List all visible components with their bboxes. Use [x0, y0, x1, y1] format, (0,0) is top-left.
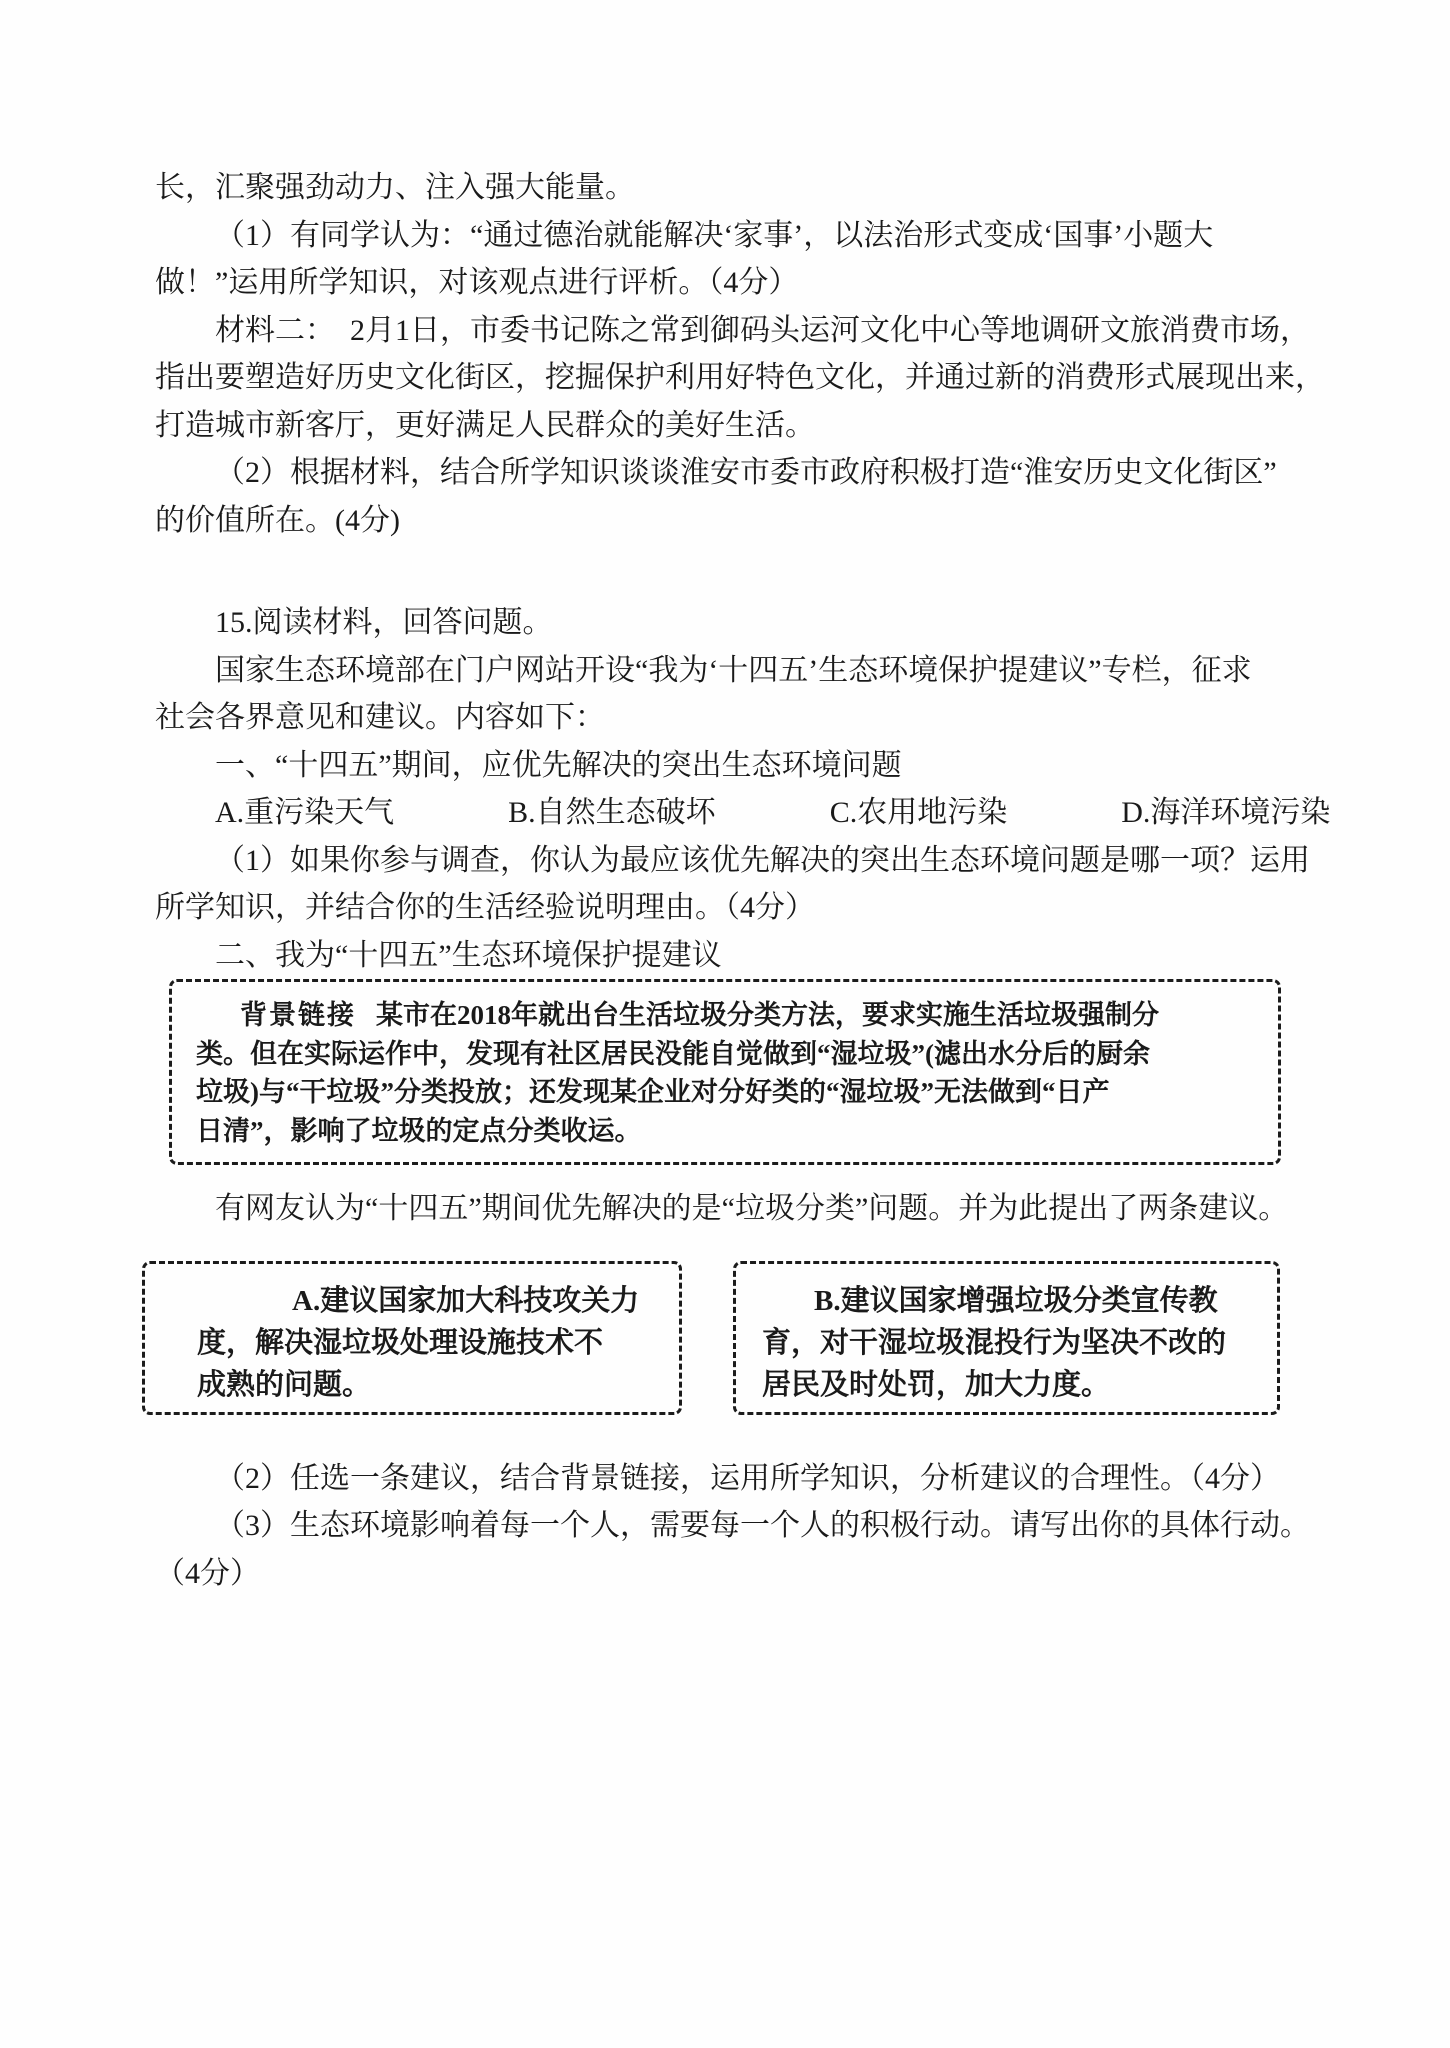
exam-paper-page: 长，汇聚强劲动力、注入强大能量。 （1）有同学认为：“通过德治就能解决‘家事’，… — [0, 0, 1450, 2048]
suggestion-b-line1: B.建议国家增强垃圾分类宣传教 — [762, 1280, 1263, 1322]
suggestion-a-line3: 成熟的问题。 — [197, 1364, 649, 1406]
q14-material2-line2: 指出要塑造好历史文化街区，挖掘保护利用好特色文化，并通过新的消费形式展现出来， — [155, 354, 1347, 402]
q14-sub2-line2: 的价值所在。(4分) — [155, 497, 1347, 545]
q15-sub1-line2: 所学知识，并结合你的生活经验说明理由。（4分） — [155, 884, 1347, 932]
q14-material2-line3: 打造城市新客厅，更好满足人民群众的美好生活。 — [155, 402, 1347, 450]
exam-content: 长，汇聚强劲动力、注入强大能量。 （1）有同学认为：“通过德治就能解决‘家事’，… — [155, 164, 1347, 1597]
q14-sub1-line1: （1）有同学认为：“通过德治就能解决‘家事’，以法治形式变成‘国事’小题大 — [155, 212, 1347, 260]
option-b: B.自然生态破坏 — [448, 789, 716, 837]
q15-section2-title: 二、我为“十四五”生态环境保护提建议 — [155, 932, 1347, 980]
netizen-opinion-line: 有网友认为“十四五”期间优先解决的是“垃圾分类”问题。并为此提出了两条建议。 — [155, 1185, 1347, 1233]
background-box-line1-text: 某市在2018年就出台生活垃圾分类方法，要求实施生活垃圾强制分 — [376, 1000, 1159, 1030]
q14-sub2-line1: （2）根据材料，结合所学知识谈谈淮安市委市政府积极打造“淮安历史文化街区” — [155, 449, 1347, 497]
q14-sub1-line2: 做！”运用所学知识，对该观点进行评析。（4分） — [155, 259, 1347, 307]
suggestion-b-line3: 居民及时处罚，加大力度。 — [762, 1364, 1263, 1406]
background-link-label: 背景链接 — [240, 1000, 356, 1030]
q15-sub1-line1: （1）如果你参与调查，你认为最应该优先解决的突出生态环境问题是哪一项？运用 — [155, 837, 1347, 885]
suggestion-boxes-row: A.建议国家加大科技攻关力 度，解决湿垃圾处理设施技术不 成熟的问题。 B.建议… — [142, 1261, 1280, 1415]
suggestion-b-line2: 育，对干湿垃圾混投行为坚决不改的 — [762, 1322, 1263, 1364]
q15-intro-line2: 社会各界意见和建议。内容如下： — [155, 694, 1347, 742]
q15-sub3-line2: （4分） — [155, 1550, 1347, 1598]
q14-material2-line1: 材料二： 2月1日，市委书记陈之常到御码头运河文化中心等地调研文旅消费市场， — [155, 307, 1347, 355]
suggestion-b-box: B.建议国家增强垃圾分类宣传教 育，对干湿垃圾混投行为坚决不改的 居民及时处罚，… — [733, 1261, 1280, 1415]
option-e: E.…… — [1402, 789, 1450, 837]
q15-sub3-line1: （3）生态环境影响着每一个人，需要每一个人的积极行动。请写出你的具体行动。 — [155, 1502, 1347, 1550]
q15-options-row: A.重污染天气 B.自然生态破坏 C.农用地污染 D.海洋环境污染 E.…… — [155, 789, 1347, 837]
background-link-box: 背景链接某市在2018年就出台生活垃圾分类方法，要求实施生活垃圾强制分 类。但在… — [169, 979, 1281, 1165]
suggestion-a-line2: 度，解决湿垃圾处理设施技术不 — [197, 1322, 649, 1364]
q14-continuation-line: 长，汇聚强劲动力、注入强大能量。 — [155, 164, 1347, 212]
q15-section1-title: 一、“十四五”期间，应优先解决的突出生态环境问题 — [155, 742, 1347, 790]
background-box-line1: 背景链接某市在2018年就出台生活垃圾分类方法，要求实施生活垃圾强制分 — [196, 996, 1254, 1035]
q15-sub2-line: （2）任选一条建议，结合背景链接，运用所学知识，分析建议的合理性。（4分） — [155, 1455, 1347, 1503]
background-box-line2: 类。但在实际运作中，发现有社区居民没能自觉做到“湿垃圾”(滤出水分后的厨余 — [196, 1035, 1254, 1074]
option-c: C.农用地污染 — [770, 789, 1008, 837]
q15-title: 15.阅读材料，回答问题。 — [155, 599, 1347, 647]
suggestion-a-line1: A.建议国家加大科技攻关力 — [197, 1280, 649, 1322]
suggestion-a-box: A.建议国家加大科技攻关力 度，解决湿垃圾处理设施技术不 成熟的问题。 — [142, 1261, 682, 1415]
background-box-line4: 日清”，影响了垃圾的定点分类收运。 — [196, 1112, 1254, 1151]
option-a: A.重污染天气 — [155, 789, 394, 837]
background-box-line3: 垃圾)与“干垃圾”分类投放；还发现某企业对分好类的“湿垃圾”无法做到“日产 — [196, 1073, 1254, 1112]
option-d: D.海洋环境污染 — [1061, 789, 1330, 837]
q15-intro-line1: 国家生态环境部在门户网站开设“我为‘十四五’生态环境保护提建议”专栏，征求 — [155, 647, 1347, 695]
